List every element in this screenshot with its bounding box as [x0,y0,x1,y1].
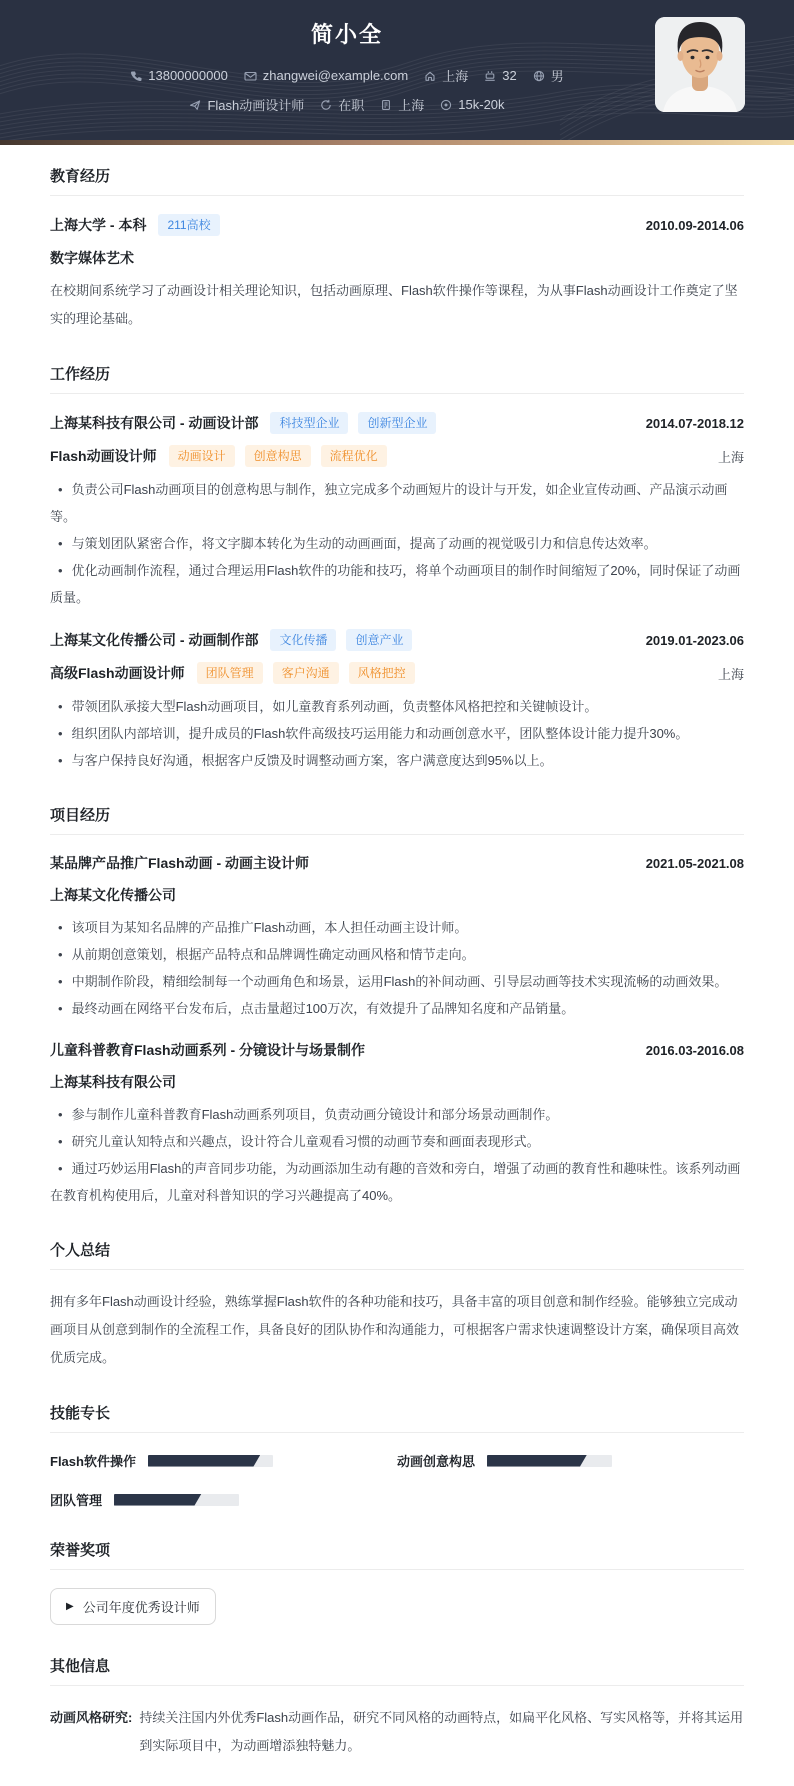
other-info-text: 持续关注国内外优秀Flash动画作品，研究不同风格的动画特点，如扁平化风格、写实… [139,1704,744,1760]
job-status-item: 在职 [320,95,364,114]
project-entry: 儿童科普教育Flash动画系列 - 分镜设计与场景制作 2016.03-2016… [50,1040,744,1209]
project-company: 上海某科技有限公司 [50,1072,744,1092]
work-bullets: •带领团队承接大型Flash动画项目，如儿童教育系列动画，负责整体风格把控和关键… [50,693,744,774]
skill-bar [487,1455,612,1467]
position-name: 高级Flash动画设计师 [50,663,185,683]
company-name: 上海某科技有限公司 - 动画设计部 [50,413,258,433]
salary-item: 15k-20k [440,97,504,112]
contact-row-1: 13800000000 zhangwei@example.com 上海 32 男 [60,66,634,85]
salary-target-icon [440,99,452,111]
building-icon [380,99,392,111]
position-tag: 团队管理 [197,662,263,684]
list-item: •该项目为某知名品牌的产品推广Flash动画，本人担任动画主设计师。 [50,914,744,941]
project-name: 儿童科普教育Flash动画系列 - 分镜设计与场景制作 [50,1040,365,1060]
education-major: 数字媒体艺术 [50,248,744,268]
position-name: Flash动画设计师 [50,446,157,466]
skill-label: 动画创意构思 [397,1451,475,1470]
resume-header: 简小全 13800000000 zhangwei@example.com 上海 … [0,0,794,140]
bullet-dot: • [58,753,63,768]
bullet-dot: • [58,563,63,578]
work-city-item: 上海 [380,95,424,114]
section-education: 教育经历 上海大学 - 本科 211高校 2010.09-2014.06 数字媒… [50,165,744,333]
company-tag: 科技型企业 [270,412,348,434]
bullet-dot: • [58,947,63,962]
phone-item: 13800000000 [130,68,228,83]
list-item: •从前期创意策划，根据产品特点和品牌调性确定动画风格和情节走向。 [50,941,744,968]
job-title-text: Flash动画设计师 [207,95,304,114]
project-bullets: •该项目为某知名品牌的产品推广Flash动画，本人担任动画主设计师。 •从前期创… [50,914,744,1022]
job-status-text: 在职 [338,95,364,114]
status-rotate-icon [320,99,332,111]
work-date: 2019.01-2023.06 [646,633,744,648]
mail-icon [244,70,257,82]
skill-bar [148,1455,273,1467]
project-date: 2021.05-2021.08 [646,856,744,871]
work-city-text: 上海 [398,95,424,114]
position-tag: 风格把控 [349,662,415,684]
section-work: 工作经历 上海某科技有限公司 - 动画设计部 科技型企业 创新型企业 2014.… [50,363,744,774]
section-title-awards: 荣誉奖项 [50,1539,744,1570]
bullet-dot: • [58,1161,63,1176]
project-name: 某品牌产品推广Flash动画 - 动画主设计师 [50,853,309,873]
section-awards: 荣誉奖项 ▶ 公司年度优秀设计师 [50,1539,744,1625]
position-tag: 流程优化 [321,445,387,467]
list-item: •研究儿童认知特点和兴趣点，设计符合儿童观看习惯的动画节奏和画面表现形式。 [50,1128,744,1155]
skill-bar [114,1494,239,1506]
skill-label: 团队管理 [50,1490,102,1509]
list-item: •最终动画在网络平台发布后，点击量超过100万次，有效提升了品牌知名度和产品销量… [50,995,744,1022]
company-tag: 创新型企业 [358,412,436,434]
section-title-projects: 项目经历 [50,804,744,835]
other-info-label: 动画风格研究: [50,1704,132,1760]
job-title-item: Flash动画设计师 [189,95,304,114]
list-item: •参与制作儿童科普教育Flash动画系列项目，负责动画分镜设计和部分场景动画制作… [50,1101,744,1128]
list-item: •带领团队承接大型Flash动画项目，如儿童教育系列动画，负责整体风格把控和关键… [50,693,744,720]
bullet-dot: • [58,482,63,497]
bullet-dot: • [58,974,63,989]
play-icon: ▶ [66,1601,74,1612]
section-other: 其他信息 动画风格研究: 持续关注国内外优秀Flash动画作品，研究不同风格的动… [50,1655,744,1760]
email-text: zhangwei@example.com [263,68,408,83]
section-summary: 个人总结 拥有多年Flash动画设计经验，熟练掌握Flash软件的各种功能和技巧… [50,1239,744,1372]
work-entry: 上海某科技有限公司 - 动画设计部 科技型企业 创新型企业 2014.07-20… [50,412,744,611]
resume-body: 教育经历 上海大学 - 本科 211高校 2010.09-2014.06 数字媒… [0,145,794,1786]
home-icon [424,70,436,82]
email-item: zhangwei@example.com [244,68,408,83]
summary-text: 拥有多年Flash动画设计经验，熟练掌握Flash软件的各种功能和技巧，具备丰富… [50,1288,744,1372]
section-title-education: 教育经历 [50,165,744,196]
list-item: •与策划团队紧密合作，将文字脚本转化为生动的动画画面，提高了动画的视觉吸引力和信… [50,530,744,557]
school-badge: 211高校 [158,214,219,236]
work-date: 2014.07-2018.12 [646,416,744,431]
bullet-dot: • [58,1134,63,1149]
work-bullets: •负责公司Flash动画项目的创意构思与制作，独立完成多个动画短片的设计与开发，… [50,476,744,611]
skill-item: 团队管理 [50,1490,397,1509]
bullet-dot: • [58,699,63,714]
age-item: 32 [484,68,516,83]
bullet-dot: • [58,1107,63,1122]
home-city-item: 上海 [424,66,468,85]
section-projects: 项目经历 某品牌产品推广Flash动画 - 动画主设计师 2021.05-202… [50,804,744,1209]
list-item: •中期制作阶段，精细绘制每一个动画角色和场景，运用Flash的补间动画、引导层动… [50,968,744,995]
gender-item: 男 [533,66,564,85]
section-title-summary: 个人总结 [50,1239,744,1270]
age-cake-icon [484,70,496,82]
skill-item: 动画创意构思 [397,1451,744,1470]
home-city-text: 上海 [442,66,468,85]
section-title-work: 工作经历 [50,363,744,394]
skill-bar-fill [487,1455,587,1467]
age-text: 32 [502,68,516,83]
section-title-skills: 技能专长 [50,1402,744,1433]
avatar-illustration [655,17,745,112]
work-location: 上海 [718,447,744,466]
bullet-dot: • [58,920,63,935]
list-item: •与客户保持良好沟通，根据客户反馈及时调整动画方案，客户满意度达到95%以上。 [50,747,744,774]
skill-bar-fill [148,1455,261,1467]
school-name: 上海大学 - 本科 [50,215,146,235]
gender-text: 男 [551,66,564,85]
education-desc: 在校期间系统学习了动画设计相关理论知识，包括动画原理、Flash软件操作等课程，… [50,277,744,333]
project-entry: 某品牌产品推广Flash动画 - 动画主设计师 2021.05-2021.08 … [50,853,744,1022]
section-title-other: 其他信息 [50,1655,744,1686]
list-item: •负责公司Flash动画项目的创意构思与制作，独立完成多个动画短片的设计与开发，… [50,476,744,530]
work-entry: 上海某文化传播公司 - 动画制作部 文化传播 创意产业 2019.01-2023… [50,629,744,774]
gender-globe-icon [533,70,545,82]
bullet-dot: • [58,536,63,551]
contact-row-2: Flash动画设计师 在职 上海 15k-20k [60,95,634,114]
skills-grid: Flash软件操作 动画创意构思 团队管理 [50,1451,744,1509]
list-item: •通过巧妙运用Flash的声音同步功能，为动画添加生动有趣的音效和旁白，增强了动… [50,1155,744,1209]
phone-icon [130,70,142,82]
paper-plane-icon [189,99,201,111]
phone-text: 13800000000 [148,68,228,83]
company-name: 上海某文化传播公司 - 动画制作部 [50,630,258,650]
position-tag: 客户沟通 [273,662,339,684]
other-info-row: 动画风格研究: 持续关注国内外优秀Flash动画作品，研究不同风格的动画特点，如… [50,1704,744,1760]
candidate-name: 简小全 [60,18,634,49]
list-item: •组织团队内部培训，提升成员的Flash软件高级技巧运用能力和动画创意水平，团队… [50,720,744,747]
skill-bar-fill [114,1494,202,1506]
skill-label: Flash软件操作 [50,1451,136,1470]
project-date: 2016.03-2016.08 [646,1043,744,1058]
project-company: 上海某文化传播公司 [50,885,744,905]
education-entry: 上海大学 - 本科 211高校 2010.09-2014.06 数字媒体艺术 在… [50,214,744,333]
list-item: •优化动画制作流程，通过合理运用Flash软件的功能和技巧，将单个动画项目的制作… [50,557,744,611]
section-skills: 技能专长 Flash软件操作 动画创意构思 团队管理 [50,1402,744,1509]
award-item[interactable]: ▶ 公司年度优秀设计师 [50,1588,216,1625]
skill-item: Flash软件操作 [50,1451,397,1470]
company-tag: 创意产业 [346,629,412,651]
award-label: 公司年度优秀设计师 [83,1597,200,1616]
project-bullets: •参与制作儿童科普教育Flash动画系列项目，负责动画分镜设计和部分场景动画制作… [50,1101,744,1209]
bullet-dot: • [58,1001,63,1016]
salary-text: 15k-20k [458,97,504,112]
position-tag: 创意构思 [245,445,311,467]
position-tag: 动画设计 [169,445,235,467]
bullet-dot: • [58,726,63,741]
work-location: 上海 [718,664,744,683]
company-tag: 文化传播 [270,629,336,651]
education-date: 2010.09-2014.06 [646,218,744,233]
avatar [655,17,745,112]
